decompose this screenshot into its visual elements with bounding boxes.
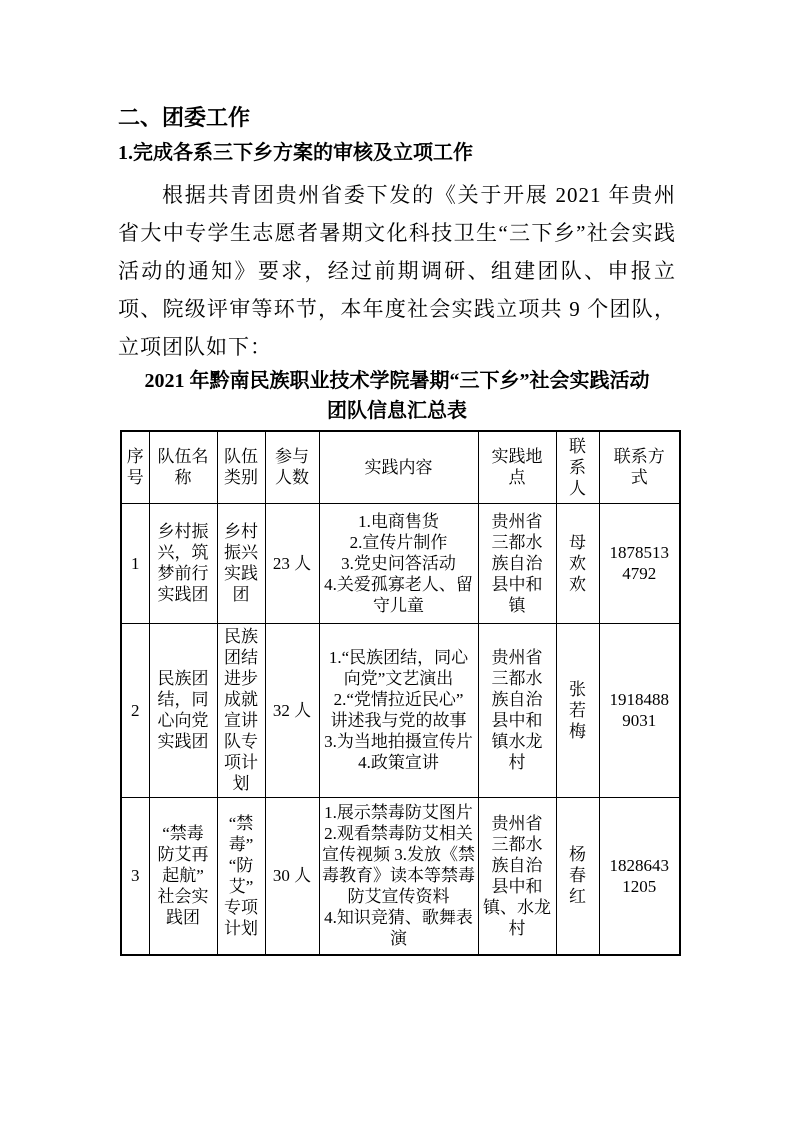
column-header-phone: 联系方 式 <box>599 431 680 503</box>
cell-phone: 1918488 9031 <box>599 623 680 797</box>
column-header-location: 实践地 点 <box>478 431 556 503</box>
cell-index: 2 <box>121 623 149 797</box>
cell-index: 3 <box>121 797 149 955</box>
cell-contact: 母 欢 欢 <box>556 503 599 623</box>
table-row: 3 “禁毒 防艾再 起航” 社会实 践团 “禁 毒” “防 艾” 专项 计划 3… <box>121 797 680 955</box>
body-paragraph: 根据共青团贵州省委下发的《关于开展 2021 年贵州省大中专学生志愿者暑期文化科… <box>118 176 676 366</box>
column-header-participants: 参与 人数 <box>265 431 319 503</box>
cell-participants: 23 人 <box>265 503 319 623</box>
cell-contact: 杨 春 红 <box>556 797 599 955</box>
cell-team-type: 民族 团结 进步 成就 宣讲 队专 项计 划 <box>217 623 265 797</box>
document-page: 二、团委工作 1.完成各系三下乡方案的审核及立项工作 根据共青团贵州省委下发的《… <box>0 0 793 1122</box>
cell-content: 1.“民族团结，同心 向党”文艺演出 2.“党情拉近民心” 讲述我与党的故事 3… <box>319 623 478 797</box>
team-summary-table: 序 号 队伍名 称 队伍 类别 参与 人数 实践内容 实践地 点 联 系 人 联… <box>120 430 681 956</box>
cell-phone: 1828643 1205 <box>599 797 680 955</box>
subsection-heading: 1.完成各系三下乡方案的审核及立项工作 <box>118 140 676 166</box>
cell-index: 1 <box>121 503 149 623</box>
column-header-index: 序 号 <box>121 431 149 503</box>
section-heading: 二、团委工作 <box>118 104 676 132</box>
cell-participants: 30 人 <box>265 797 319 955</box>
table-row: 2 民族团 结，同 心向党 实践团 民族 团结 进步 成就 宣讲 队专 项计 划… <box>121 623 680 797</box>
cell-team-name: 乡村振 兴，筑 梦前行 实践团 <box>149 503 217 623</box>
column-header-contact: 联 系 人 <box>556 431 599 503</box>
cell-team-type: “禁 毒” “防 艾” 专项 计划 <box>217 797 265 955</box>
cell-contact: 张 若 梅 <box>556 623 599 797</box>
column-header-team-name: 队伍名 称 <box>149 431 217 503</box>
column-header-team-type: 队伍 类别 <box>217 431 265 503</box>
cell-team-type: 乡村 振兴 实践 团 <box>217 503 265 623</box>
cell-location: 贵州省 三都水 族自治 县中和 镇、水龙 村 <box>478 797 556 955</box>
table-row: 1 乡村振 兴，筑 梦前行 实践团 乡村 振兴 实践 团 23 人 1.电商售货… <box>121 503 680 623</box>
cell-participants: 32 人 <box>265 623 319 797</box>
cell-content: 1.展示禁毒防艾图片 2.观看禁毒防艾相关 宣传视频 3.发放《禁 毒教育》读本… <box>319 797 478 955</box>
cell-location: 贵州省 三都水 族自治 县中和 镇 <box>478 503 556 623</box>
cell-team-name: 民族团 结，同 心向党 实践团 <box>149 623 217 797</box>
cell-team-name: “禁毒 防艾再 起航” 社会实 践团 <box>149 797 217 955</box>
cell-content: 1.电商售货 2.宣传片制作 3.党史问答活动 4.关爱孤寡老人、留 守儿童 <box>319 503 478 623</box>
column-header-content: 实践内容 <box>319 431 478 503</box>
cell-phone: 1878513 4792 <box>599 503 680 623</box>
cell-location: 贵州省 三都水 族自治 县中和 镇水龙 村 <box>478 623 556 797</box>
table-title: 2021 年黔南民族职业技术学院暑期“三下乡”社会实践活动 团队信息汇总表 <box>118 366 676 426</box>
table-header-row: 序 号 队伍名 称 队伍 类别 参与 人数 实践内容 实践地 点 联 系 人 联… <box>121 431 680 503</box>
